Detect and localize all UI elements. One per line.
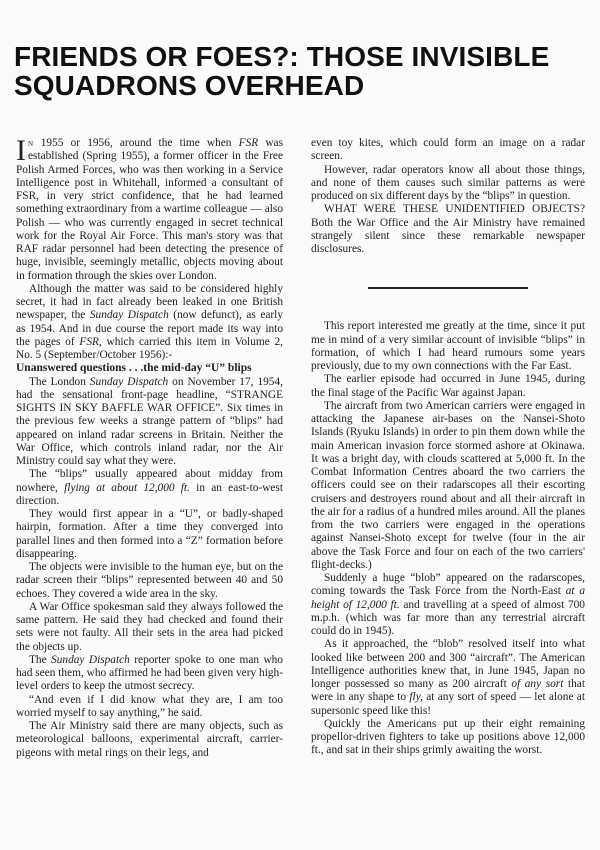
paragraph: The Sunday Dispatch reporter spoke to on… [16,654,283,694]
left-column: In 1955 or 1956, around the time when FS… [16,137,283,760]
paragraph: The earlier episode had occurred in June… [311,373,585,400]
paragraph: The Air Ministry said there are many obj… [16,720,283,760]
paragraph: WHAT WERE THESE UNIDENTIFIED OBJECTS? Bo… [311,203,585,256]
right-column: even toy kites, which could form an imag… [311,137,585,758]
paragraph: “And even if I did know what they are, I… [16,694,283,721]
opening-paragraph: In 1955 or 1956, around the time when FS… [16,137,283,283]
paragraph: Quickly the Americans put up their eight… [311,718,585,758]
section-divider [368,287,528,289]
paragraph: The objects were invisible to the human … [16,561,283,601]
paragraph: As it approached, the “blob” resolved it… [311,638,585,718]
paragraph: Suddenly a huge “blob” appeared on the r… [311,572,585,638]
paragraph: The “blips” usually appeared about midda… [16,468,283,508]
section-subheading: Unanswered questions . . .the mid-day “U… [16,362,283,375]
article-title: FRIENDS OR FOES?: THOSE INVISIBLE SQUADR… [14,42,594,100]
paragraph: They would first appear in a “U”, or bad… [16,508,283,561]
paragraph: The London Sunday Dispatch on November 1… [16,376,283,469]
paragraph: The aircraft from two American carriers … [311,400,585,572]
drop-cap: I [16,139,26,163]
paragraph: A War Office spokesman said they always … [16,601,283,654]
paragraph: Although the matter was said to be consi… [16,283,283,363]
paragraph: This report interested me greatly at the… [311,320,585,373]
paragraph: However, radar operators know all about … [311,164,585,204]
paragraph: even toy kites, which could form an imag… [311,137,585,164]
article-page: FRIENDS OR FOES?: THOSE INVISIBLE SQUADR… [0,0,600,850]
